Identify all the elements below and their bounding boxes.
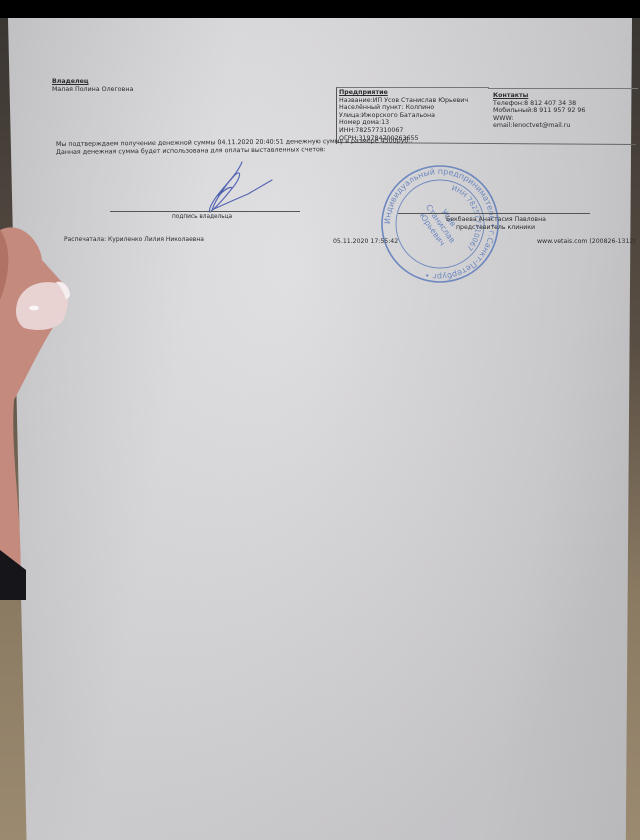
signature-line (110, 211, 300, 212)
owner-name: Малая Полина Олеговна (52, 86, 133, 94)
signature-caption: подпись владельца (172, 214, 232, 222)
hand-thumb-icon (0, 220, 80, 600)
representative-line (398, 213, 590, 214)
company-line: ИНН:782577310067 (339, 127, 468, 135)
contacts-rule (488, 88, 638, 89)
print-datetime: 05.11.2020 17:55:42 (333, 238, 398, 246)
printed-by: Распечатала: Куриленко Лилия Николаевна (64, 236, 204, 244)
footer-site: www.vetais.com (200826-1312) (537, 238, 636, 246)
contacts-line: email:lenoctvet@mail.ru (493, 122, 585, 130)
contacts-heading: Контакты (493, 92, 585, 100)
contacts-line: Мобильный:8 911 957 92 96 (493, 107, 585, 115)
company-line: Номер дома:13 (339, 119, 468, 127)
company-line: Улица:Ижорского Батальона (339, 112, 468, 120)
representative-name: Бекбаева Анастасия Павловна (446, 216, 546, 224)
company-line: Населённый пункт: Колпино (339, 104, 468, 112)
owner-block: Владелец Малая Полина Олеговна (52, 78, 133, 93)
representative-title: представитель клиники (456, 224, 535, 232)
company-block: Предприятие Название:ИП Усов Станислав Ю… (339, 89, 468, 142)
contacts-block: Контакты Телефон:8 812 407 34 38 Мобильн… (493, 92, 585, 130)
status-bar (0, 0, 640, 18)
company-heading: Предприятие (339, 89, 468, 97)
owner-heading: Владелец (52, 78, 133, 86)
